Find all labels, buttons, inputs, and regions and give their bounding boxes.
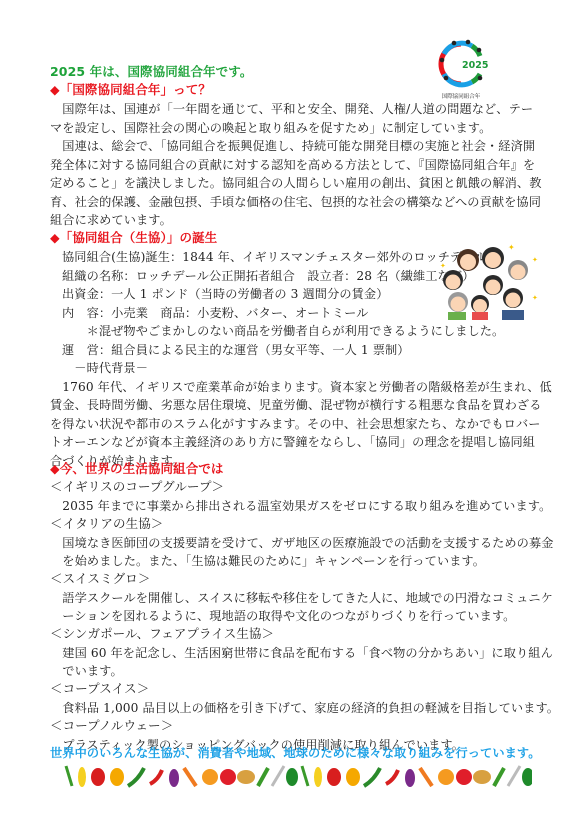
paragraph-line: 国際年は、国連が「一年間を通じて、平和と安全、開発、人権/人道の問題など、テー bbox=[50, 100, 533, 118]
closing-message: 世界中のいろんな生協が、消費者や地域、地球のために様々な取り組みを行っています。 bbox=[50, 744, 541, 762]
paragraph-line: マを設定し、国際社会の関心の喚起と取り組みを促すため」に制定しています。 bbox=[50, 119, 491, 137]
paragraph-line: 組合に求めています。 bbox=[50, 211, 172, 229]
svg-text:✦: ✦ bbox=[508, 243, 515, 252]
fact-line: 協同組合(生協)誕生：1844 年、イギリスマンチェスター郊外のロッチデール bbox=[62, 248, 487, 266]
logo-year: 2025 bbox=[462, 60, 488, 71]
paragraph-line: 賃金、長時間労働、劣悪な居住環境、児童労働、混ぜ物が横行する粗悪な食品を買わざる bbox=[50, 396, 542, 414]
coop-desc: 建国 60 年を記念し、生活困窮世帯に食品を配布する「食べ物の分かちあい」に取り… bbox=[50, 644, 553, 662]
paragraph-line: 1760 年代、イギリスで産業革命が始まります。資本家と労働者の階級格差が生まれ… bbox=[50, 378, 552, 396]
svg-text:✦: ✦ bbox=[532, 256, 538, 264]
svg-text:✦: ✦ bbox=[532, 294, 538, 302]
coop-desc: 国境なき医師団の支援要請を受けて、ガザ地区の医療施設での活動を支援するための募金 bbox=[50, 534, 554, 552]
coop-name-singapore: ＜シンガポール、フェアプライス生協＞ bbox=[50, 625, 274, 643]
section-heading-world: ◆今、世界の生活協同組合では bbox=[50, 460, 224, 478]
fact-line: 出資金：一人 1 ポンド（当時の労働者の 3 週間分の賃金） bbox=[62, 285, 389, 303]
svg-text:✦: ✦ bbox=[440, 262, 446, 270]
vegetable-row-1 bbox=[66, 766, 298, 787]
coop-name-migros: ＜スイスミグロ＞ bbox=[50, 570, 150, 588]
coop-name-norway: ＜コープノルウェー＞ bbox=[50, 717, 173, 735]
page-title: 2025 年は、国際協同組合年です。 bbox=[50, 63, 252, 81]
fact-line: 内 容：小売業 商品：小麦粉、バター、オートミール bbox=[62, 304, 368, 322]
coop-desc: 2035 年までに事業から排出される温室効果ガスをゼロにする取り組みを進めていま… bbox=[50, 497, 551, 515]
cheering-people-illustration: ✦✦ ✦✦ bbox=[438, 240, 540, 320]
coop-desc: 食料品 1,000 品目以上の価格を引き下げて、家庭の経済的負担の軽減を目指して… bbox=[50, 699, 559, 717]
fact-line: 組織の名称：ロッチデール公正開拓者組合 設立者：28 名（繊維工など） bbox=[62, 267, 474, 285]
coop-name-italy: ＜イタリアの生協＞ bbox=[50, 515, 163, 533]
section-heading-birth: ◆「協同組合（生協）」の誕生 bbox=[50, 229, 217, 247]
coop-name-uk: ＜イギリスのコープグループ＞ bbox=[50, 478, 224, 496]
coop-desc: を始めました。また、「生協は難民のために」キャンペーンを行っています。 bbox=[50, 552, 485, 570]
paragraph-line: 発全体に対する協同組合の貢献に対する認知を高める方法として、『国際協同組合年』を bbox=[50, 156, 535, 174]
coop-desc: でいます。 bbox=[50, 662, 123, 680]
coop-desc: ーションを図れるように、現地語の取得や文化のつながりづくりを行っています。 bbox=[50, 607, 515, 625]
section-heading-iyc: ◆「国際協同組合年」って？ bbox=[50, 81, 211, 99]
logo-caption: 国際協同組合年 bbox=[442, 92, 481, 100]
paragraph-line: 国連は、総会で、「協同組合を振興促進し、持続可能な開発目標の実施と社会・経済開 bbox=[50, 137, 535, 155]
fact-line: ＊混ぜ物やごまかしのない商品を労働者自らが利用できるようにしました。 bbox=[62, 322, 504, 340]
coop-desc: 語学スクールを開催し、スイスに移転や移住をしてきた人に、地域での円滑なコミュニケ bbox=[50, 589, 553, 607]
coop-name-coop-swiss: ＜コープスイス＞ bbox=[50, 680, 149, 698]
paragraph-line: を得ない状況や都市のスラム化がすすみます。その中、社会思想家たち、なかでもロバー bbox=[50, 415, 541, 433]
paragraph-line: トオーエンなどが資本主義経済のあり方に警鐘をならし、「協同」の理念を提唱し協同組 bbox=[50, 433, 535, 451]
iyc-2025-logo: 2025 国際協同組合年 bbox=[432, 38, 490, 100]
fact-line: 運 営：組合員による民主的な運営（男女平等、一人 1 票制） bbox=[62, 341, 410, 359]
vegetable-border-decoration bbox=[62, 764, 532, 788]
paragraph-line: 定めること」を議決しました。協同組合の人間らしい雇用の創出、貧困と飢餓の解消、教 bbox=[50, 174, 542, 192]
vegetable-row-2 bbox=[302, 766, 532, 787]
document-page: 2025 国際協同組合年 2025 年は、国際協同組合年です。 ◆「国際協同組合… bbox=[0, 0, 584, 819]
background-label: －時代背景－ bbox=[62, 359, 148, 377]
paragraph-line: 育、社会的保護、金融包摂、手頃な価格の住宅、包摂的な社会の構築などへの貢献を協同 bbox=[50, 193, 541, 211]
